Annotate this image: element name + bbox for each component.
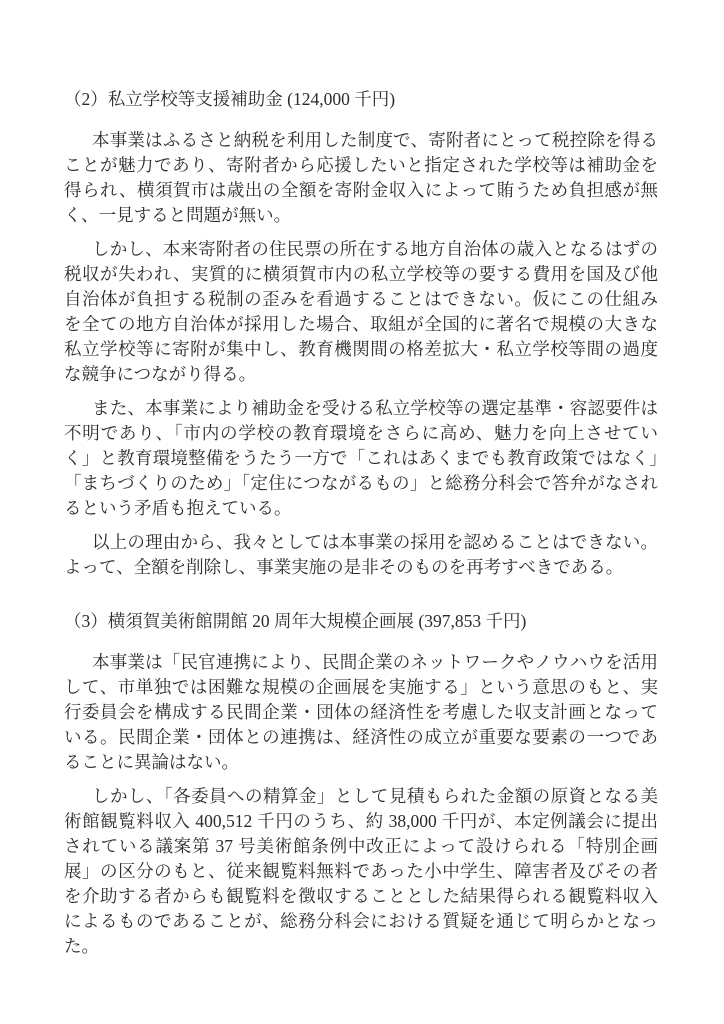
section-private-school-subsidy: （2）私立学校等支援補助金 (124,000 千円) 本事業はふるさと納税を利用… (64, 87, 658, 580)
paragraph: また、本事業により補助金を受ける私立学校等の選定基準・容認要件は不明であり、「市… (64, 396, 658, 521)
paragraph: 以上の理由から、我々としては本事業の採用を認めることはできない。よって、全額を削… (64, 530, 658, 580)
paragraph: しかし、「各委員への精算金」として見積もられた金額の原資となる美術館観覧料収入 … (64, 784, 658, 959)
document-page: （2）私立学校等支援補助金 (124,000 千円) 本事業はふるさと納税を利用… (0, 0, 724, 1024)
section-heading: （3）横須賀美術館開館 20 周年大規模企画展 (397,853 千円) (64, 609, 658, 634)
section-art-museum-exhibition: （3）横須賀美術館開館 20 周年大規模企画展 (397,853 千円) 本事業… (64, 609, 658, 959)
section-heading: （2）私立学校等支援補助金 (124,000 千円) (64, 87, 658, 112)
paragraph: 本事業は「民官連携により、民間企業のネットワークやノウハウを活用して、市単独では… (64, 650, 658, 775)
paragraph: 本事業はふるさと納税を利用した制度で、寄附者にとって税控除を得ることが魅力であり… (64, 128, 658, 228)
paragraph: しかし、本来寄附者の住民票の所在する地方自治体の歳入となるはずの税収が失われ、実… (64, 237, 658, 387)
